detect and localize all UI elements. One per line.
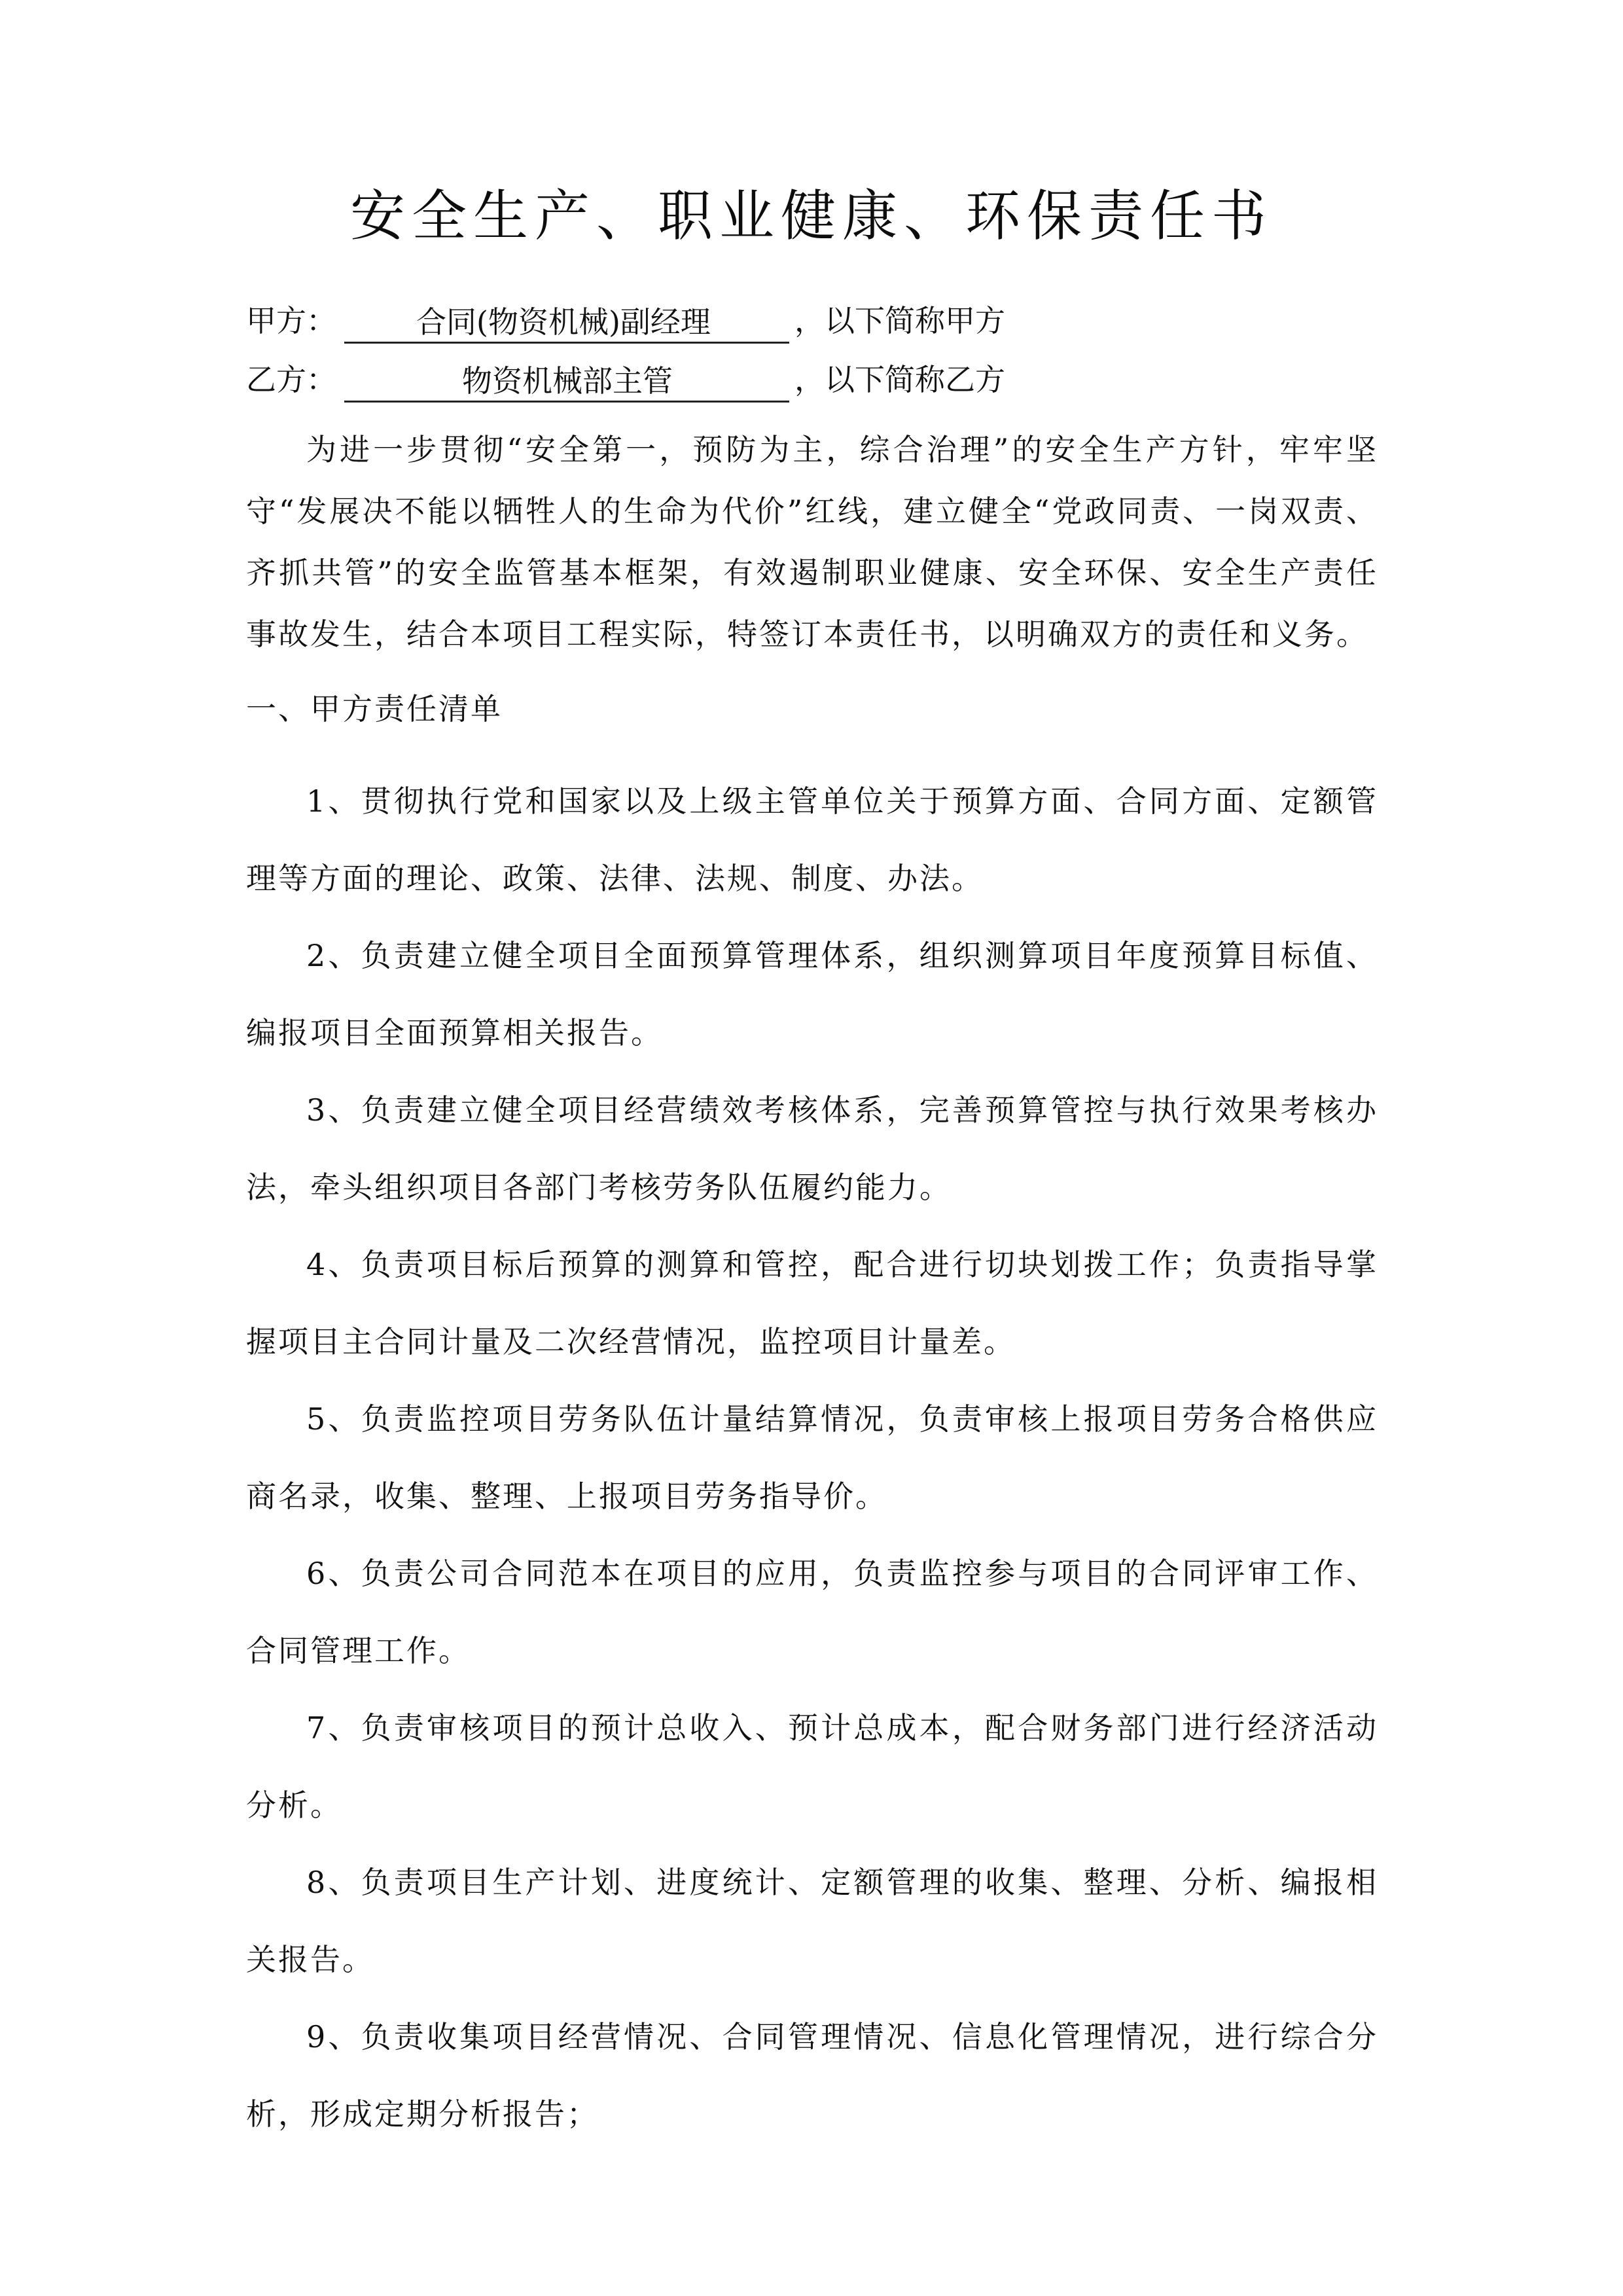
party-b-field: 物资机械部主管 xyxy=(344,360,789,403)
party-a-field: 合同(物资机械)副经理 xyxy=(344,301,789,344)
party-b-label: 乙方： xyxy=(246,357,344,403)
party-a-value: 合同(物资机械)副经理 xyxy=(416,302,711,342)
party-b-value: 物资机械部主管 xyxy=(462,361,673,401)
responsibility-list: 1、贯彻执行党和国家以及上级主管单位关于预算方面、合同方面、定额管理等方面的理论… xyxy=(246,762,1378,2153)
list-item: 6、负责公司合同范本在项目的应用，负责监控参与项目的合同评审工作、合同管理工作。 xyxy=(246,1535,1378,1689)
list-item: 8、负责项目生产计划、进度统计、定额管理的收集、整理、分析、编报相关报告。 xyxy=(246,1844,1378,1998)
party-b-line: 乙方： 物资机械部主管 ，以下简称乙方 xyxy=(246,357,1005,403)
section-heading: 一、甲方责任清单 xyxy=(246,686,503,732)
party-a-line: 甲方： 合同(物资机械)副经理 ，以下简称甲方 xyxy=(246,298,1005,344)
document-title: 安全生产、职业健康、环保责任书 xyxy=(0,177,1623,255)
list-item: 1、贯彻执行党和国家以及上级主管单位关于预算方面、合同方面、定额管理等方面的理论… xyxy=(246,762,1378,917)
intro-paragraph: 为进一步贯彻“安全第一，预防为主，综合治理”的安全生产方针，牢牢坚守“发展决不能… xyxy=(246,419,1378,665)
list-item: 4、负责项目标后预算的测算和管控，配合进行切块划拨工作；负责指导掌握项目主合同计… xyxy=(246,1226,1378,1380)
list-item: 7、负责审核项目的预计总收入、预计总成本，配合财务部门进行经济活动分析。 xyxy=(246,1689,1378,1844)
document-page: 安全生产、职业健康、环保责任书 甲方： 合同(物资机械)副经理 ，以下简称甲方 … xyxy=(0,0,1623,2296)
list-item: 2、负责建立健全项目全面预算管理体系，组织测算项目年度预算目标值、编报项目全面预… xyxy=(246,917,1378,1071)
list-item: 5、负责监控项目劳务队伍计量结算情况，负责审核上报项目劳务合格供应商名录，收集、… xyxy=(246,1380,1378,1535)
party-a-suffix: ，以下简称甲方 xyxy=(794,298,1005,344)
list-item: 3、负责建立健全项目经营绩效考核体系，完善预算管控与执行效果考核办法，牵头组织项… xyxy=(246,1071,1378,1226)
party-a-label: 甲方： xyxy=(246,298,344,344)
list-item: 9、负责收集项目经营情况、合同管理情况、信息化管理情况，进行综合分析，形成定期分… xyxy=(246,1998,1378,2153)
party-b-suffix: ，以下简称乙方 xyxy=(794,357,1005,403)
